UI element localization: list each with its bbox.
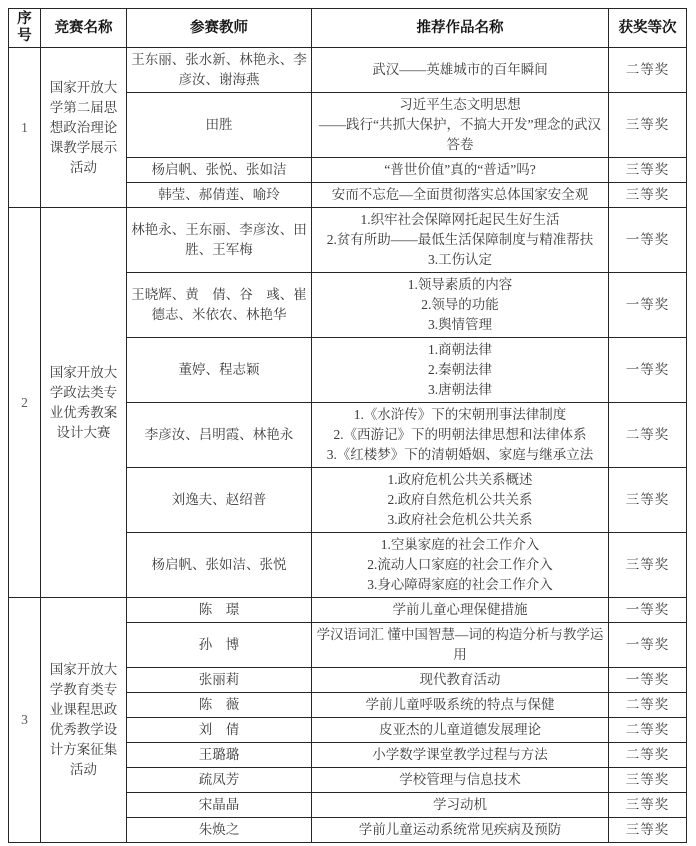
teachers-cell: 王璐璐 (127, 743, 312, 768)
works-cell: 武汉——英雄城市的百年瞬间 (312, 48, 609, 93)
works-cell: 安而不忘危—全面贯彻落实总体国家安全观 (312, 183, 609, 208)
teachers-cell: 陈 璟 (127, 598, 312, 623)
teachers-cell: 李彦汝、吕明霞、林艳永 (127, 403, 312, 468)
works-cell: 1.领导素质的内容 2.领导的功能 3.舆情管理 (312, 273, 609, 338)
table-header: 序号 竞赛名称 参赛教师 推荐作品名称 获奖等次 (9, 9, 687, 48)
teachers-cell: 董婷、程志颖 (127, 338, 312, 403)
teachers-cell: 杨启帆、张悦、张如洁 (127, 158, 312, 183)
award-level-cell: 二等奖 (609, 48, 687, 93)
works-cell: 1.商朝法律 2.秦朝法律 3.唐朝法律 (312, 338, 609, 403)
works-cell: 小学数学课堂教学过程与方法 (312, 743, 609, 768)
works-cell: “普世价值”真的“普适”吗? (312, 158, 609, 183)
works-cell: 现代教育活动 (312, 668, 609, 693)
teachers-cell: 朱焕之 (127, 818, 312, 843)
award-level-cell: 二等奖 (609, 403, 687, 468)
teachers-cell: 王晓辉、黄 倩、谷 彧、崔德志、米依农、林艳华 (127, 273, 312, 338)
award-level-cell: 三等奖 (609, 468, 687, 533)
document-page: 序号 竞赛名称 参赛教师 推荐作品名称 获奖等次 1国家开放大学第二届思想政治理… (0, 0, 696, 846)
award-level-cell: 一等奖 (609, 668, 687, 693)
award-level-cell: 二等奖 (609, 693, 687, 718)
award-level-cell: 一等奖 (609, 273, 687, 338)
seq-cell: 3 (9, 598, 41, 843)
competition-name-cell: 国家开放大学教育类专业课程思政优秀教学设计方案征集活动 (41, 598, 127, 843)
seq-cell: 1 (9, 48, 41, 208)
teachers-cell: 疏凤芳 (127, 768, 312, 793)
table-row: 2国家开放大学政法类专业优秀教案设计大赛林艳永、王东丽、李彦汝、田胜、王军梅1.… (9, 208, 687, 273)
award-level-cell: 三等奖 (609, 793, 687, 818)
teachers-cell: 宋晶晶 (127, 793, 312, 818)
award-level-cell: 三等奖 (609, 818, 687, 843)
award-level-cell: 二等奖 (609, 718, 687, 743)
teachers-cell: 杨启帆、张如洁、张悦 (127, 533, 312, 598)
award-level-cell: 三等奖 (609, 768, 687, 793)
works-cell: 学前儿童运动系统常见疾病及预防 (312, 818, 609, 843)
header-row: 序号 竞赛名称 参赛教师 推荐作品名称 获奖等次 (9, 9, 687, 48)
works-cell: 皮亚杰的儿童道德发展理论 (312, 718, 609, 743)
teachers-cell: 张丽莉 (127, 668, 312, 693)
teachers-cell: 刘 倩 (127, 718, 312, 743)
works-cell: 学汉语词汇 懂中国智慧—词的构造分析与教学运用 (312, 623, 609, 668)
table-body: 1国家开放大学第二届思想政治理论课教学展示活动王东丽、张水新、林艳永、李彦汝、谢… (9, 48, 687, 843)
award-level-cell: 一等奖 (609, 338, 687, 403)
seq-cell: 2 (9, 208, 41, 598)
col-header-teachers: 参赛教师 (127, 9, 312, 48)
award-level-cell: 三等奖 (609, 93, 687, 158)
works-cell: 1.政府危机公共关系概述 2.政府自然危机公共关系 3.政府社会危机公共关系 (312, 468, 609, 533)
teachers-cell: 林艳永、王东丽、李彦汝、田胜、王军梅 (127, 208, 312, 273)
works-cell: 1.《水浒传》下的宋朝刑事法律制度 2.《西游记》下的明朝法律思想和法律体系 3… (312, 403, 609, 468)
works-cell: 学前儿童心理保健措施 (312, 598, 609, 623)
award-level-cell: 一等奖 (609, 598, 687, 623)
works-cell: 1.织牢社会保障网托起民生好生活 2.贫有所助——最低生活保障制度与精准帮扶 3… (312, 208, 609, 273)
works-cell: 习近平生态文明思想 ——践行“共抓大保护，不搞大开发”理念的武汉答卷 (312, 93, 609, 158)
col-header-competition: 竞赛名称 (41, 9, 127, 48)
col-header-seq: 序号 (9, 9, 41, 48)
teachers-cell: 王东丽、张水新、林艳永、李彦汝、谢海燕 (127, 48, 312, 93)
award-level-cell: 一等奖 (609, 208, 687, 273)
award-level-cell: 三等奖 (609, 183, 687, 208)
teachers-cell: 田胜 (127, 93, 312, 158)
award-level-cell: 三等奖 (609, 158, 687, 183)
teachers-cell: 孙 博 (127, 623, 312, 668)
works-cell: 学校管理与信息技术 (312, 768, 609, 793)
teachers-cell: 刘逸夫、赵绍普 (127, 468, 312, 533)
teachers-cell: 韩莹、郝倩莲、喻玲 (127, 183, 312, 208)
works-cell: 学习动机 (312, 793, 609, 818)
col-header-works: 推荐作品名称 (312, 9, 609, 48)
award-level-cell: 一等奖 (609, 623, 687, 668)
competition-name-cell: 国家开放大学第二届思想政治理论课教学展示活动 (41, 48, 127, 208)
works-cell: 学前儿童呼吸系统的特点与保健 (312, 693, 609, 718)
table-row: 1国家开放大学第二届思想政治理论课教学展示活动王东丽、张水新、林艳永、李彦汝、谢… (9, 48, 687, 93)
col-header-award: 获奖等次 (609, 9, 687, 48)
table-row: 3国家开放大学教育类专业课程思政优秀教学设计方案征集活动陈 璟学前儿童心理保健措… (9, 598, 687, 623)
teachers-cell: 陈 薇 (127, 693, 312, 718)
award-results-table: 序号 竞赛名称 参赛教师 推荐作品名称 获奖等次 1国家开放大学第二届思想政治理… (8, 8, 687, 843)
award-level-cell: 三等奖 (609, 533, 687, 598)
competition-name-cell: 国家开放大学政法类专业优秀教案设计大赛 (41, 208, 127, 598)
award-level-cell: 二等奖 (609, 743, 687, 768)
works-cell: 1.空巢家庭的社会工作介入 2.流动人口家庭的社会工作介入 3.身心障碍家庭的社… (312, 533, 609, 598)
